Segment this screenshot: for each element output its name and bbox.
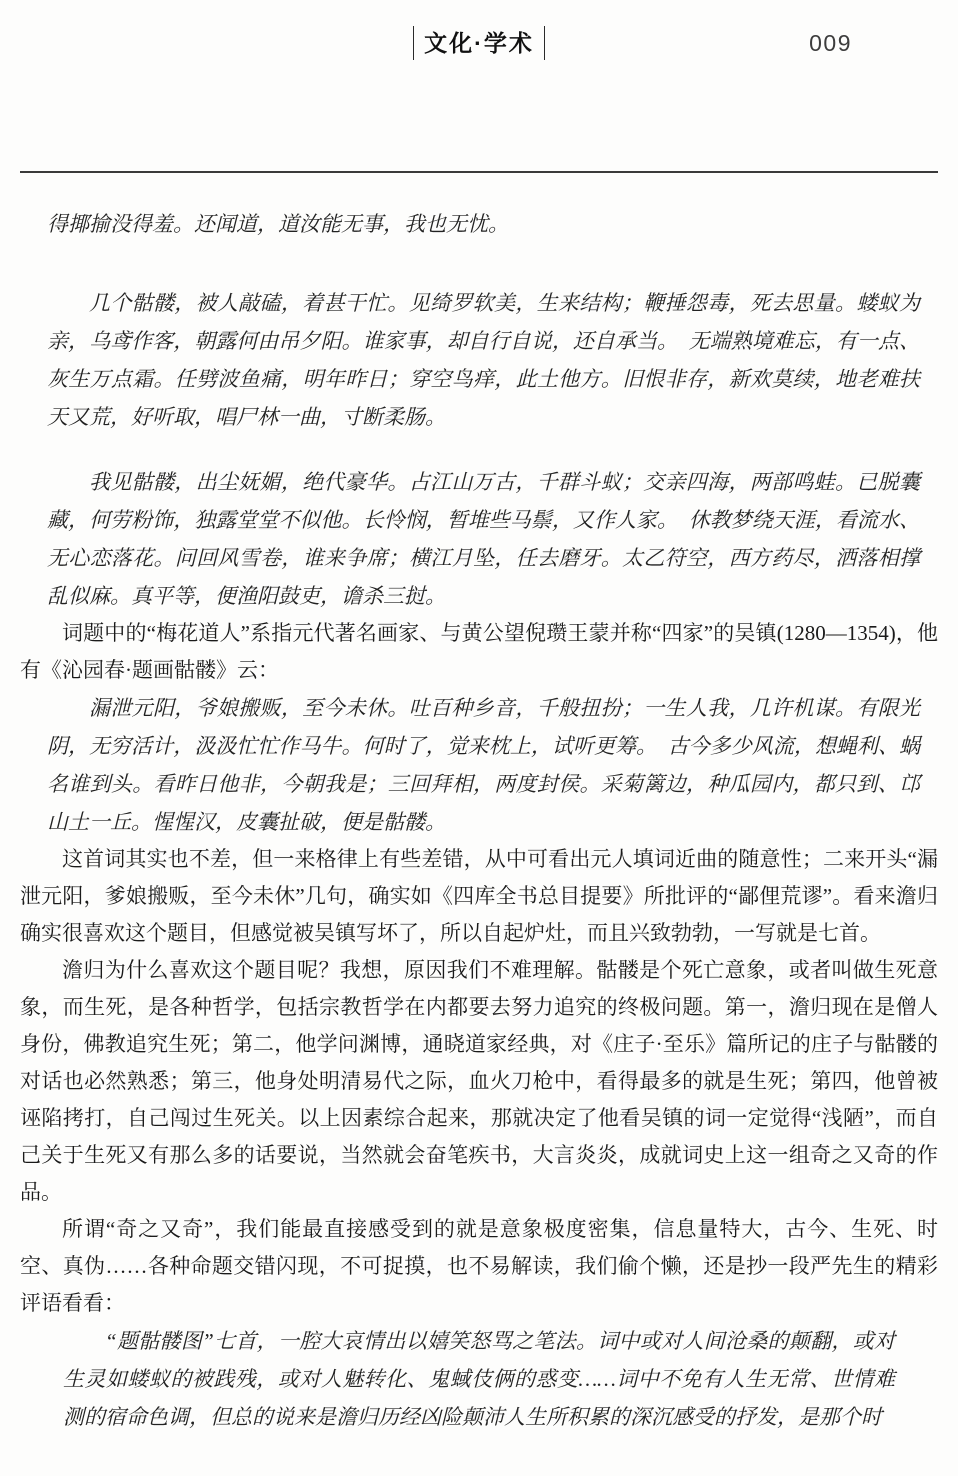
prose-paragraph-3: 澹归为什么喜欢这个题目呢？我想，原因我们不难理解。骷髅是个死亡意象，或者叫做生死… (20, 952, 938, 1211)
book-page: 文化·学术 009 得揶揄没得羞。还闻道，道汝能无事，我也无忧。 几个骷髅，被人… (0, 0, 958, 1476)
section-title: 文化·学术 (424, 26, 534, 60)
header-divider (20, 171, 938, 173)
page-number: 009 (809, 30, 852, 57)
body-text: 得揶揄没得羞。还闻道，道汝能无事，我也无忧。 几个骷髅，被人敲磕，着甚干忙。见绮… (20, 205, 938, 1436)
page-header: 文化·学术 009 (0, 26, 958, 66)
title-right-bar (544, 26, 545, 60)
critic-quote-paragraph: “题骷髅图”七首，一腔大哀情出以嬉笑怒骂之笔法。词中或对人间沧桑的颠翻，或对生灵… (63, 1322, 895, 1436)
poem-stanza-2: 我见骷髅，出尘妩媚，绝代豪华。占江山万古，千群斗蚁；交亲四海，两部鸣蛙。已脱囊藏… (47, 463, 920, 615)
prose-paragraph-4: 所谓“奇之又奇”，我们能最直接感受到的就是意象极度密集，信息量特大，古今、生死、… (20, 1211, 938, 1322)
poem-continuation-line: 得揶揄没得羞。还闻道，道汝能无事，我也无忧。 (47, 205, 920, 243)
title-left-bar (413, 26, 414, 60)
poem-stanza-1: 几个骷髅，被人敲磕，着甚干忙。见绮罗软美，生来结构；鞭捶怨毒，死去思量。蝼蚁为亲… (47, 284, 920, 436)
prose-paragraph-2: 这首词其实也不差，但一来格律上有些差错，从中可看出元人填词近曲的随意性；二来开头… (20, 841, 938, 952)
poem-stanza-3: 漏泄元阳，爷娘搬贩，至今未休。吐百种乡音，千般扭扮；一生人我，几许机谋。有限光阴… (47, 689, 920, 841)
prose-paragraph-1: 词题中的“梅花道人”系指元代著名画家、与黄公望倪瓒王蒙并称“四家”的吴镇(128… (20, 615, 938, 689)
